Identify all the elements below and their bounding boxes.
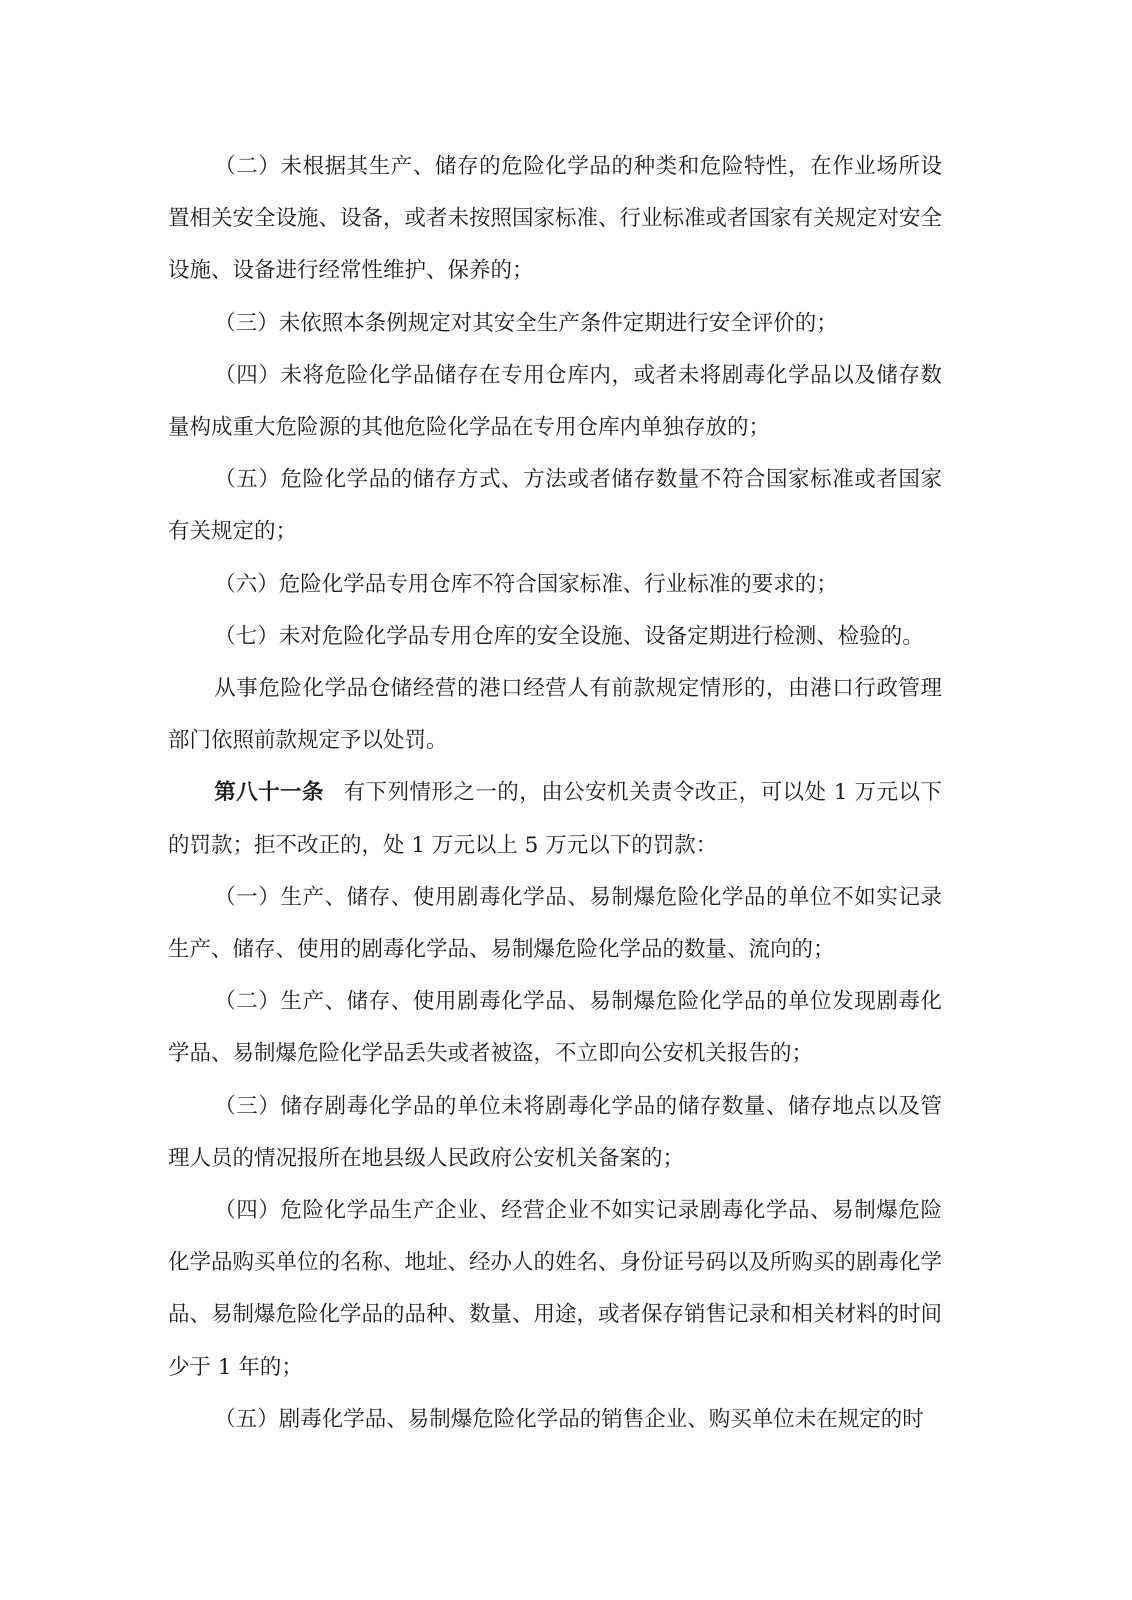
article-81-item-4: （四）危险化学品生产企业、经营企业不如实记录剧毒化学品、易制爆危险化学品购买单位… (168, 1185, 942, 1394)
document-page: （二）未根据其生产、储存的危险化学品的种类和危险特性，在作业场所设置相关安全设施… (168, 141, 942, 1446)
paragraph-item-2: （二）未根据其生产、储存的危险化学品的种类和危险特性，在作业场所设置相关安全设施… (168, 141, 942, 298)
article-title: 第八十一条 (214, 780, 324, 805)
paragraph-item-5: （五）危险化学品的储存方式、方法或者储存数量不符合国家标准或者国家有关规定的； (168, 454, 942, 558)
paragraph-item-7: （七）未对危险化学品专用仓库的安全设施、设备定期进行检测、检验的。 (168, 611, 942, 663)
paragraph-port-operator: 从事危险化学品仓储经营的港口经营人有前款规定情形的，由港口行政管理部门依照前款规… (168, 663, 942, 767)
paragraph-item-6: （六）危险化学品专用仓库不符合国家标准、行业标准的要求的； (168, 559, 942, 611)
paragraph-item-4: （四）未将危险化学品储存在专用仓库内，或者未将剧毒化学品以及储存数量构成重大危险… (168, 350, 942, 454)
article-81-item-5: （五）剧毒化学品、易制爆危险化学品的销售企业、购买单位未在规定的时 (168, 1394, 942, 1446)
article-81: 第八十一条有下列情形之一的，由公安机关责令改正，可以处 1 万元以下的罚款；拒不… (168, 767, 942, 871)
paragraph-item-3: （三）未依照本条例规定对其安全生产条件定期进行安全评价的； (168, 298, 942, 350)
article-81-item-3: （三）储存剧毒化学品的单位未将剧毒化学品的储存数量、储存地点以及管理人员的情况报… (168, 1081, 942, 1185)
article-81-item-1: （一）生产、储存、使用剧毒化学品、易制爆危险化学品的单位不如实记录生产、储存、使… (168, 872, 942, 976)
article-81-item-2: （二）生产、储存、使用剧毒化学品、易制爆危险化学品的单位发现剧毒化学品、易制爆危… (168, 976, 942, 1080)
